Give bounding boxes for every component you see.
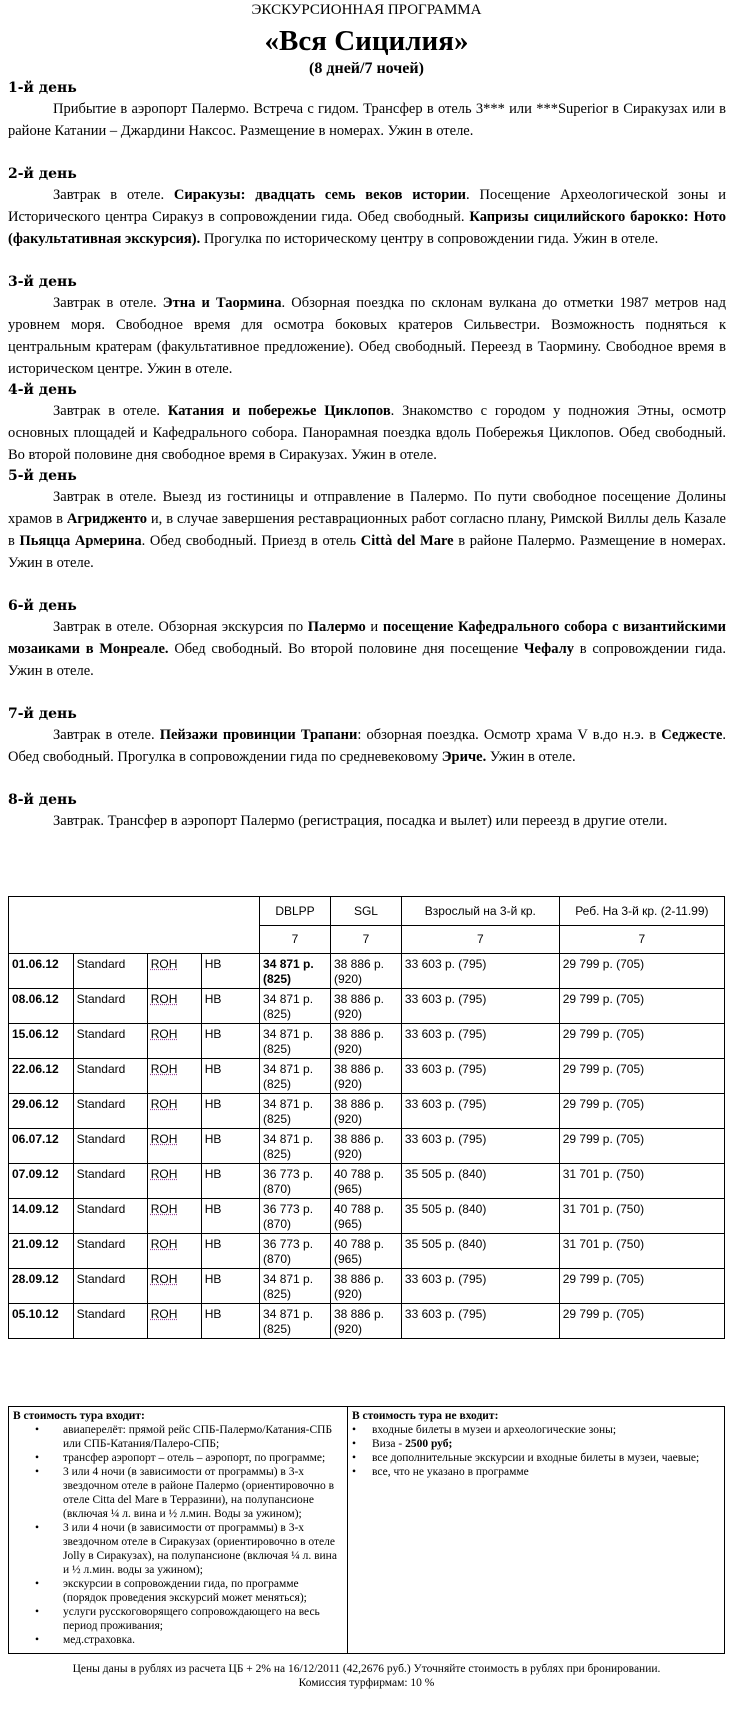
price-dblpp: 34 871 р. (825) bbox=[260, 1129, 331, 1164]
room-type-text: ROH bbox=[151, 1272, 178, 1286]
price-sgl: 38 886 р. (920) bbox=[330, 1269, 401, 1304]
included-list: авиаперелёт: прямой рейс СПБ-Палермо/Кат… bbox=[13, 1423, 343, 1647]
description-text: Завтрак в отеле. Обзорная экскурсия по bbox=[53, 619, 308, 635]
price-dblpp: 34 871 р. (825) bbox=[260, 1304, 331, 1339]
description-text: Завтрак в отеле. bbox=[53, 187, 174, 203]
meal-plan-text: HB bbox=[205, 1202, 222, 1216]
room-category-text: Standard bbox=[77, 957, 126, 971]
included-item: мед.страховка. bbox=[13, 1633, 343, 1647]
column-header-dblpp: DBLPP bbox=[260, 897, 331, 926]
departure-date-text: 28.09.12 bbox=[12, 1272, 59, 1286]
highlight-text: Палермо bbox=[308, 619, 366, 635]
highlight-text: Чефалу bbox=[524, 641, 574, 657]
departure-date-text: 07.09.12 bbox=[12, 1167, 59, 1181]
room-type-text: ROH bbox=[151, 1062, 178, 1076]
price-dblpp-text: 34 871 р. (825) bbox=[263, 1097, 313, 1126]
departure-date-text: 15.06.12 bbox=[12, 1027, 59, 1041]
program-title: «Вся Сицилия» bbox=[0, 26, 733, 58]
price-adult-3rd-bed-text: 33 603 р. (795) bbox=[405, 1097, 486, 1111]
meal-plan: HB bbox=[201, 989, 259, 1024]
room-type: ROH bbox=[147, 1234, 201, 1269]
room-type: ROH bbox=[147, 954, 201, 989]
room-type: ROH bbox=[147, 1094, 201, 1129]
departure-date: 15.06.12 bbox=[9, 1024, 74, 1059]
price-dblpp-text: 36 773 р. (870) bbox=[263, 1237, 313, 1266]
price-dblpp: 36 773 р. (870) bbox=[260, 1164, 331, 1199]
excluded-item: все дополнительные экскурсии и входные б… bbox=[352, 1451, 720, 1465]
excluded-item-text: входные билеты в музеи и археологические… bbox=[372, 1424, 616, 1436]
room-category-text: Standard bbox=[77, 1167, 126, 1181]
price-dblpp: 36 773 р. (870) bbox=[260, 1234, 331, 1269]
price-child-3rd-bed: 29 799 р. (705) bbox=[559, 1269, 724, 1304]
room-category: Standard bbox=[73, 989, 147, 1024]
price-sgl: 38 886 р. (920) bbox=[330, 1094, 401, 1129]
room-type: ROH bbox=[147, 1269, 201, 1304]
price-dblpp-text: 34 871 р. (825) bbox=[263, 1132, 313, 1161]
excluded-item-text: все, что не указано в программе bbox=[372, 1466, 529, 1478]
price-sgl-text: 38 886 р. (920) bbox=[334, 1272, 384, 1301]
highlight-text: Агридженто bbox=[67, 511, 147, 527]
departure-date-text: 05.10.12 bbox=[12, 1307, 59, 1321]
departure-date: 29.06.12 bbox=[9, 1094, 74, 1129]
included-item: 3 или 4 ночи (в зависимости от программы… bbox=[13, 1521, 343, 1577]
price-adult-3rd-bed-text: 33 603 р. (795) bbox=[405, 1132, 486, 1146]
room-category-text: Standard bbox=[77, 1237, 126, 1251]
departure-date: 28.09.12 bbox=[9, 1269, 74, 1304]
price-dblpp-text: 36 773 р. (870) bbox=[263, 1167, 313, 1196]
departure-date: 14.09.12 bbox=[9, 1199, 74, 1234]
price-sgl: 40 788 р. (965) bbox=[330, 1199, 401, 1234]
departure-date-text: 21.09.12 bbox=[12, 1237, 59, 1251]
departure-date-text: 01.06.12 bbox=[12, 957, 59, 971]
price-child-3rd-bed-text: 29 799 р. (705) bbox=[563, 1132, 644, 1146]
room-category-text: Standard bbox=[77, 1202, 126, 1216]
excluded-column: В стоимость тура не входит: входные биле… bbox=[348, 1407, 724, 1653]
day-heading: 1-й день bbox=[8, 78, 726, 98]
day-section: 5-й деньЗавтрак в отеле. Выезд из гостин… bbox=[8, 466, 726, 574]
day-description: Завтрак. Трансфер в аэропорт Палермо (ре… bbox=[8, 810, 726, 832]
column-header-sgl: SGL bbox=[330, 897, 401, 926]
price-adult-3rd-bed: 33 603 р. (795) bbox=[401, 954, 559, 989]
price-sgl: 38 886 р. (920) bbox=[330, 1059, 401, 1094]
program-duration: (8 дней/7 ночей) bbox=[0, 60, 733, 78]
price-child-3rd-bed: 31 701 р. (750) bbox=[559, 1234, 724, 1269]
day-heading: 3-й день bbox=[8, 272, 726, 292]
price-dblpp-text: 34 871 р. (825) bbox=[263, 1062, 313, 1091]
price-child-3rd-bed: 29 799 р. (705) bbox=[559, 954, 724, 989]
departure-date-text: 06.07.12 bbox=[12, 1132, 59, 1146]
excluded-item-text: все дополнительные экскурсии и входные б… bbox=[372, 1452, 699, 1464]
room-category-text: Standard bbox=[77, 1062, 126, 1076]
price-row: 28.09.12StandardROHHB34 871 р. (825)38 8… bbox=[9, 1269, 725, 1304]
room-type-text: ROH bbox=[151, 992, 178, 1006]
price-dblpp-text: 36 773 р. (870) bbox=[263, 1202, 313, 1231]
meal-plan: HB bbox=[201, 954, 259, 989]
departure-date: 22.06.12 bbox=[9, 1059, 74, 1094]
description-text: Завтрак в отеле. bbox=[53, 727, 160, 743]
price-adult-3rd-bed: 35 505 р. (840) bbox=[401, 1164, 559, 1199]
meal-plan: HB bbox=[201, 1129, 259, 1164]
price-child-3rd-bed: 29 799 р. (705) bbox=[559, 989, 724, 1024]
excluded-list: входные билеты в музеи и археологические… bbox=[352, 1423, 720, 1479]
price-child-3rd-bed-text: 29 799 р. (705) bbox=[563, 957, 644, 971]
room-type-text: ROH bbox=[151, 1167, 178, 1181]
highlight-text: Седжесте bbox=[661, 727, 722, 743]
room-category-text: Standard bbox=[77, 992, 126, 1006]
column-header-child-3rd-bed: Реб. На 3-й кр. (2-11.99) bbox=[559, 897, 724, 926]
price-adult-3rd-bed: 33 603 р. (795) bbox=[401, 1059, 559, 1094]
nights-child-3rd-bed: 7 bbox=[559, 926, 724, 954]
meal-plan: HB bbox=[201, 1269, 259, 1304]
departure-date-text: 08.06.12 bbox=[12, 992, 59, 1006]
day-description: Завтрак в отеле. Катания и побережье Цик… bbox=[8, 400, 726, 466]
excluded-item: Виза - 2500 руб; bbox=[352, 1437, 720, 1451]
price-child-3rd-bed-text: 31 701 р. (750) bbox=[563, 1202, 644, 1216]
included-item: услуги русскоговорящего сопровождающего … bbox=[13, 1605, 343, 1633]
price-child-3rd-bed: 29 799 р. (705) bbox=[559, 1059, 724, 1094]
day-heading: 8-й день bbox=[8, 790, 726, 810]
meal-plan-text: HB bbox=[205, 1027, 222, 1041]
departure-date-text: 14.09.12 bbox=[12, 1202, 59, 1216]
price-adult-3rd-bed-text: 35 505 р. (840) bbox=[405, 1237, 486, 1251]
room-type: ROH bbox=[147, 1129, 201, 1164]
price-sgl: 38 886 р. (920) bbox=[330, 1129, 401, 1164]
room-category: Standard bbox=[73, 1164, 147, 1199]
price-row: 29.06.12StandardROHHB34 871 р. (825)38 8… bbox=[9, 1094, 725, 1129]
room-category-text: Standard bbox=[77, 1132, 126, 1146]
header-blank-cell bbox=[9, 897, 260, 954]
price-sgl: 40 788 р. (965) bbox=[330, 1164, 401, 1199]
excluded-item-text: Виза - bbox=[372, 1438, 405, 1450]
room-type-text: ROH bbox=[151, 1237, 178, 1251]
price-adult-3rd-bed: 35 505 р. (840) bbox=[401, 1234, 559, 1269]
nights-sgl: 7 bbox=[330, 926, 401, 954]
meal-plan-text: HB bbox=[205, 1097, 222, 1111]
price-adult-3rd-bed: 33 603 р. (795) bbox=[401, 1129, 559, 1164]
day-description: Завтрак в отеле. Этна и Таормина. Обзорн… bbox=[8, 292, 726, 380]
program-kicker: ЭКСКУРСИОННАЯ ПРОГРАММА bbox=[0, 2, 733, 19]
room-type: ROH bbox=[147, 1024, 201, 1059]
room-type-text: ROH bbox=[151, 957, 178, 971]
itinerary: 1-й деньПрибытие в аэропорт Палермо. Вст… bbox=[8, 78, 726, 832]
room-type-text: ROH bbox=[151, 1202, 178, 1216]
room-type: ROH bbox=[147, 1059, 201, 1094]
price-table-header: DBLPP SGL Взрослый на 3-й кр. Реб. На 3-… bbox=[9, 897, 725, 926]
price-row: 22.06.12StandardROHHB34 871 р. (825)38 8… bbox=[9, 1059, 725, 1094]
price-dblpp: 34 871 р. (825) bbox=[260, 954, 331, 989]
meal-plan: HB bbox=[201, 1199, 259, 1234]
room-type-text: ROH bbox=[151, 1027, 178, 1041]
room-category: Standard bbox=[73, 1024, 147, 1059]
room-category-text: Standard bbox=[77, 1307, 126, 1321]
day-heading: 6-й день bbox=[8, 596, 726, 616]
room-category: Standard bbox=[73, 1199, 147, 1234]
tour-inclusions-box: В стоимость тура входит: авиаперелёт: пр… bbox=[8, 1406, 725, 1654]
price-dblpp: 34 871 р. (825) bbox=[260, 1269, 331, 1304]
day-description: Завтрак в отеле. Выезд из гостиницы и от… bbox=[8, 486, 726, 574]
price-row: 14.09.12StandardROHHB36 773 р. (870)40 7… bbox=[9, 1199, 725, 1234]
price-row: 08.06.12StandardROHHB34 871 р. (825)38 8… bbox=[9, 989, 725, 1024]
departure-date: 06.07.12 bbox=[9, 1129, 74, 1164]
nights-dblpp: 7 bbox=[260, 926, 331, 954]
included-item: трансфер аэропорт – отель – аэропорт, по… bbox=[13, 1451, 343, 1465]
price-adult-3rd-bed: 33 603 р. (795) bbox=[401, 1269, 559, 1304]
price-dblpp: 34 871 р. (825) bbox=[260, 1094, 331, 1129]
price-row: 15.06.12StandardROHHB34 871 р. (825)38 8… bbox=[9, 1024, 725, 1059]
price-child-3rd-bed-text: 29 799 р. (705) bbox=[563, 1307, 644, 1321]
meal-plan: HB bbox=[201, 1234, 259, 1269]
departure-date: 07.09.12 bbox=[9, 1164, 74, 1199]
price-sgl-text: 38 886 р. (920) bbox=[334, 1062, 384, 1091]
included-column: В стоимость тура входит: авиаперелёт: пр… bbox=[9, 1407, 348, 1653]
price-dblpp: 36 773 р. (870) bbox=[260, 1199, 331, 1234]
price-child-3rd-bed-text: 31 701 р. (750) bbox=[563, 1167, 644, 1181]
price-dblpp: 34 871 р. (825) bbox=[260, 989, 331, 1024]
price-child-3rd-bed-text: 29 799 р. (705) bbox=[563, 1272, 644, 1286]
price-child-3rd-bed: 29 799 р. (705) bbox=[559, 1094, 724, 1129]
price-note-line-1: Цены даны в рублях из расчета ЦБ + 2% на… bbox=[0, 1662, 733, 1676]
price-adult-3rd-bed: 35 505 р. (840) bbox=[401, 1199, 559, 1234]
room-type: ROH bbox=[147, 1164, 201, 1199]
room-category: Standard bbox=[73, 1304, 147, 1339]
meal-plan-text: HB bbox=[205, 992, 222, 1006]
price-child-3rd-bed-text: 29 799 р. (705) bbox=[563, 992, 644, 1006]
day-description: Завтрак в отеле. Обзорная экскурсия по П… bbox=[8, 616, 726, 682]
room-category: Standard bbox=[73, 1094, 147, 1129]
price-sgl: 38 886 р. (920) bbox=[330, 1024, 401, 1059]
included-item: авиаперелёт: прямой рейс СПБ-Палермо/Кат… bbox=[13, 1423, 343, 1451]
price-child-3rd-bed: 29 799 р. (705) bbox=[559, 1024, 724, 1059]
price-sgl-text: 38 886 р. (920) bbox=[334, 1307, 384, 1336]
price-sgl-text: 40 788 р. (965) bbox=[334, 1167, 384, 1196]
price-sgl-text: 38 886 р. (920) bbox=[334, 1097, 384, 1126]
highlight-text: Пьяцца Армерина bbox=[20, 533, 142, 549]
price-row: 06.07.12StandardROHHB34 871 р. (825)38 8… bbox=[9, 1129, 725, 1164]
description-text: Завтрак. Трансфер в аэропорт Палермо (ре… bbox=[53, 813, 667, 829]
price-sgl-text: 38 886 р. (920) bbox=[334, 957, 384, 986]
excluded-item: все, что не указано в программе bbox=[352, 1465, 720, 1479]
day-section: 4-й деньЗавтрак в отеле. Катания и побер… bbox=[8, 380, 726, 466]
room-category: Standard bbox=[73, 1129, 147, 1164]
meal-plan-text: HB bbox=[205, 1272, 222, 1286]
visa-price: 2500 руб; bbox=[405, 1438, 452, 1450]
description-text: Обед свободный. Во второй половине дня п… bbox=[169, 641, 524, 657]
room-category-text: Standard bbox=[77, 1097, 126, 1111]
meal-plan-text: HB bbox=[205, 957, 222, 971]
meal-plan: HB bbox=[201, 1304, 259, 1339]
day-section: 7-й деньЗавтрак в отеле. Пейзажи провинц… bbox=[8, 704, 726, 768]
description-text: Прогулка по историческому центру в сопро… bbox=[200, 231, 658, 247]
price-dblpp-text: 34 871 р. (825) bbox=[263, 1027, 313, 1056]
price-sgl: 38 886 р. (920) bbox=[330, 989, 401, 1024]
price-sgl: 40 788 р. (965) bbox=[330, 1234, 401, 1269]
price-adult-3rd-bed: 33 603 р. (795) bbox=[401, 1024, 559, 1059]
price-sgl: 38 886 р. (920) bbox=[330, 1304, 401, 1339]
included-item: экскурсии в сопровождении гида, по прогр… bbox=[13, 1577, 343, 1605]
price-adult-3rd-bed-text: 33 603 р. (795) bbox=[405, 1272, 486, 1286]
day-heading: 4-й день bbox=[8, 380, 726, 400]
price-adult-3rd-bed: 33 603 р. (795) bbox=[401, 1094, 559, 1129]
departure-date: 05.10.12 bbox=[9, 1304, 74, 1339]
day-heading: 2-й день bbox=[8, 164, 726, 184]
highlight-text: Эриче. bbox=[442, 749, 487, 765]
room-type: ROH bbox=[147, 989, 201, 1024]
description-text: Завтрак в отеле. bbox=[53, 403, 168, 419]
price-sgl-text: 38 886 р. (920) bbox=[334, 1132, 384, 1161]
room-category: Standard bbox=[73, 954, 147, 989]
price-dblpp-text: 34 871 р. (825) bbox=[263, 957, 314, 986]
price-adult-3rd-bed-text: 33 603 р. (795) bbox=[405, 957, 486, 971]
price-child-3rd-bed: 31 701 р. (750) bbox=[559, 1199, 724, 1234]
meal-plan-text: HB bbox=[205, 1167, 222, 1181]
departure-date: 21.09.12 bbox=[9, 1234, 74, 1269]
price-sgl-text: 40 788 р. (965) bbox=[334, 1237, 384, 1266]
price-child-3rd-bed: 29 799 р. (705) bbox=[559, 1304, 724, 1339]
departure-date-text: 22.06.12 bbox=[12, 1062, 59, 1076]
price-dblpp-text: 34 871 р. (825) bbox=[263, 992, 313, 1021]
price-row: 01.06.12StandardROHHB34 871 р. (825)38 8… bbox=[9, 954, 725, 989]
price-adult-3rd-bed-text: 33 603 р. (795) bbox=[405, 1062, 486, 1076]
price-row: 05.10.12StandardROHHB34 871 р. (825)38 8… bbox=[9, 1304, 725, 1339]
highlight-text: Сиракузы: двадцать семь веков истории bbox=[174, 187, 466, 203]
column-header-adult-3rd-bed: Взрослый на 3-й кр. bbox=[401, 897, 559, 926]
meal-plan: HB bbox=[201, 1024, 259, 1059]
meal-plan-text: HB bbox=[205, 1307, 222, 1321]
description-text: : обзорная поездка. Осмотр храма V в.до … bbox=[357, 727, 661, 743]
price-adult-3rd-bed: 33 603 р. (795) bbox=[401, 1304, 559, 1339]
included-title: В стоимость тура входит: bbox=[13, 1409, 343, 1423]
departure-date: 08.06.12 bbox=[9, 989, 74, 1024]
price-child-3rd-bed-text: 29 799 р. (705) bbox=[563, 1027, 644, 1041]
nights-adult-3rd-bed: 7 bbox=[401, 926, 559, 954]
room-type-text: ROH bbox=[151, 1132, 178, 1146]
description-text: . Обед свободный. Приезд в отель bbox=[142, 533, 361, 549]
day-description: Прибытие в аэропорт Палермо. Встреча с г… bbox=[8, 98, 726, 142]
room-category: Standard bbox=[73, 1269, 147, 1304]
price-dblpp: 34 871 р. (825) bbox=[260, 1059, 331, 1094]
meal-plan: HB bbox=[201, 1059, 259, 1094]
price-child-3rd-bed-text: 31 701 р. (750) bbox=[563, 1237, 644, 1251]
room-type-text: ROH bbox=[151, 1307, 178, 1321]
room-type: ROH bbox=[147, 1199, 201, 1234]
highlight-text: Пейзажи провинции Трапани bbox=[160, 727, 358, 743]
price-sgl-text: 40 788 р. (965) bbox=[334, 1202, 384, 1231]
meal-plan: HB bbox=[201, 1094, 259, 1129]
room-category: Standard bbox=[73, 1234, 147, 1269]
price-adult-3rd-bed: 33 603 р. (795) bbox=[401, 989, 559, 1024]
price-child-3rd-bed: 31 701 р. (750) bbox=[559, 1164, 724, 1199]
price-child-3rd-bed-text: 29 799 р. (705) bbox=[563, 1062, 644, 1076]
price-sgl-text: 38 886 р. (920) bbox=[334, 992, 384, 1021]
price-dblpp-text: 34 871 р. (825) bbox=[263, 1307, 313, 1336]
departure-date: 01.06.12 bbox=[9, 954, 74, 989]
day-section: 6-й деньЗавтрак в отеле. Обзорная экскур… bbox=[8, 596, 726, 682]
day-heading: 5-й день bbox=[8, 466, 726, 486]
price-row: 21.09.12StandardROHHB36 773 р. (870)40 7… bbox=[9, 1234, 725, 1269]
price-adult-3rd-bed-text: 33 603 р. (795) bbox=[405, 992, 486, 1006]
price-child-3rd-bed-text: 29 799 р. (705) bbox=[563, 1097, 644, 1111]
description-text: Завтрак в отеле. bbox=[53, 295, 163, 311]
room-type-text: ROH bbox=[151, 1097, 178, 1111]
highlight-text: Катания и побережье Циклопов bbox=[168, 403, 391, 419]
price-adult-3rd-bed-text: 33 603 р. (795) bbox=[405, 1307, 486, 1321]
price-dblpp-text: 34 871 р. (825) bbox=[263, 1272, 313, 1301]
meal-plan-text: HB bbox=[205, 1062, 222, 1076]
room-category-text: Standard bbox=[77, 1272, 126, 1286]
day-description: Завтрак в отеле. Пейзажи провинции Трапа… bbox=[8, 724, 726, 768]
price-sgl: 38 886 р. (920) bbox=[330, 954, 401, 989]
departure-date-text: 29.06.12 bbox=[12, 1097, 59, 1111]
commission-note: Комиссия турфирмам: 10 % bbox=[0, 1676, 733, 1690]
highlight-text: Città del Mare bbox=[361, 533, 454, 549]
price-row: 07.09.12StandardROHHB36 773 р. (870)40 7… bbox=[9, 1164, 725, 1199]
description-text: Ужин в отеле. bbox=[486, 749, 575, 765]
day-section: 2-й деньЗавтрак в отеле. Сиракузы: двадц… bbox=[8, 164, 726, 250]
room-category: Standard bbox=[73, 1059, 147, 1094]
room-type: ROH bbox=[147, 1304, 201, 1339]
meal-plan: HB bbox=[201, 1164, 259, 1199]
meal-plan-text: HB bbox=[205, 1132, 222, 1146]
highlight-text: Этна и Таормина bbox=[163, 295, 282, 311]
included-item: 3 или 4 ночи (в зависимости от программы… bbox=[13, 1465, 343, 1521]
price-dblpp: 34 871 р. (825) bbox=[260, 1024, 331, 1059]
price-child-3rd-bed: 29 799 р. (705) bbox=[559, 1129, 724, 1164]
price-adult-3rd-bed-text: 33 603 р. (795) bbox=[405, 1027, 486, 1041]
price-adult-3rd-bed-text: 35 505 р. (840) bbox=[405, 1202, 486, 1216]
day-section: 1-й деньПрибытие в аэропорт Палермо. Вст… bbox=[8, 78, 726, 142]
day-heading: 7-й день bbox=[8, 704, 726, 724]
description-text: и bbox=[366, 619, 383, 635]
price-note: Цены даны в рублях из расчета ЦБ + 2% на… bbox=[0, 1662, 733, 1690]
day-section: 8-й деньЗавтрак. Трансфер в аэропорт Пал… bbox=[8, 790, 726, 832]
excluded-item: входные билеты в музеи и археологические… bbox=[352, 1423, 720, 1437]
day-section: 3-й деньЗавтрак в отеле. Этна и Таормина… bbox=[8, 272, 726, 380]
meal-plan-text: HB bbox=[205, 1237, 222, 1251]
room-category-text: Standard bbox=[77, 1027, 126, 1041]
price-table: DBLPP SGL Взрослый на 3-й кр. Реб. На 3-… bbox=[8, 896, 725, 1339]
price-adult-3rd-bed-text: 35 505 р. (840) bbox=[405, 1167, 486, 1181]
description-text: Прибытие в аэропорт Палермо. Встреча с г… bbox=[8, 101, 726, 139]
day-description: Завтрак в отеле. Сиракузы: двадцать семь… bbox=[8, 184, 726, 250]
price-sgl-text: 38 886 р. (920) bbox=[334, 1027, 384, 1056]
excluded-title: В стоимость тура не входит: bbox=[352, 1409, 720, 1423]
